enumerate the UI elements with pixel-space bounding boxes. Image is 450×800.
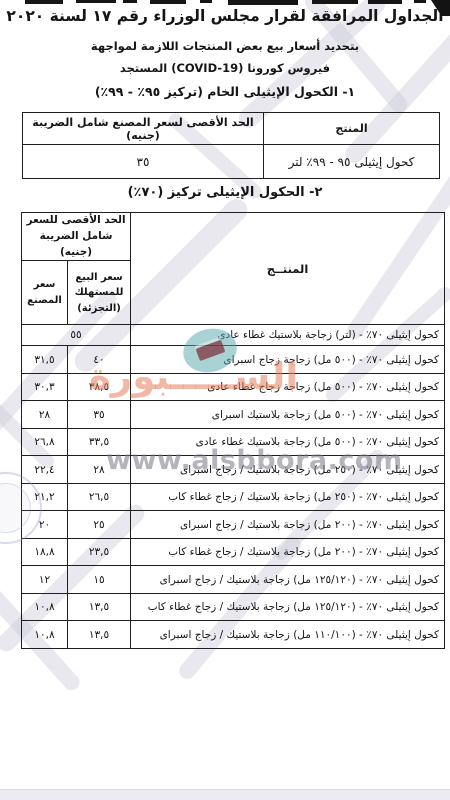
retail-price-header: سعر البيع للمستهلك (التجزئة) — [68, 261, 131, 325]
max-factory-price-header: الحد الأقصى لسعر المصنع شامل الضريبة (جن… — [23, 113, 264, 145]
product-column-header: المنتج — [264, 113, 440, 145]
retail-price-cell: ١٣,٥ — [68, 621, 131, 649]
factory-price-cell: ٢١,٢ — [22, 483, 68, 511]
table-row: كحول إيثيلى ٧٠٪ - (٢٥٠ مل) زجاجة بلاستيك… — [22, 483, 445, 511]
section2-heading: ٢- الحكول الإيثيلى تركيز (٧٠٪) — [0, 185, 450, 200]
section1-heading: ١- الكحول الإيثيلى الخام (تركيز ٩٥٪ - ٩٩… — [0, 84, 450, 99]
factory-price-cell: ٢٢,٤ — [22, 456, 68, 484]
table-row: كحول إيثيلى ٧٠٪ - (١٢٥/١٢٠ مل) زجاجة بلا… — [22, 566, 445, 594]
alcohol70-table-body: كحول إيثيلى ٧٠٪ - (لتر) زجاجة بلاستيك غط… — [22, 325, 445, 649]
product-cell: كحول إيثيلى ٧٠٪ - (٢٥٠ مل) زجاجة بلاستيك… — [131, 483, 445, 511]
product-cell: كحول إيثيلى ٧٠٪ - (٥٠٠ مل) زجاجة بلاستيك… — [131, 401, 445, 429]
factory-price-cell: ١٠,٨ — [22, 621, 68, 649]
document-page: الجداول المرافقة لقرار مجلس الوزراء رقم … — [0, 0, 450, 800]
product-cell: كحول إيثيلى ٧٠٪ - (٢٠٠ مل) زجاجة بلاستيك… — [131, 538, 445, 566]
table-row: كحول إيثيلى ٧٠٪ - (٥٠٠ مل) زجاجة بلاستيك… — [22, 401, 445, 429]
factory-price-cell: ١٢ — [22, 566, 68, 594]
product-cell: كحول إيثيلى ٧٠٪ - (٥٠٠ مل) زجاجة بلاستيك… — [131, 428, 445, 456]
table-row: كحول إيثيلى ٧٠٪ - (٥٠٠ مل) زجاجة زجاج غط… — [22, 373, 445, 401]
product-column-header: المنتــج — [131, 213, 445, 325]
subtitle-line1: بتحديد أسعار بيع بعض المنتجات اللازمة لم… — [0, 39, 450, 53]
retail-price-cell: ٢٥ — [68, 511, 131, 539]
product-cell: كحول إيثيلى ٩٥ - ٩٩٪ لتر — [264, 145, 440, 179]
retail-price-cell: ٤٠ — [68, 346, 131, 374]
product-cell: كحول إيثيلى ٧٠٪ - (٢٥٠ مل) زجاجة بلاستيك… — [131, 456, 445, 484]
table-row: كحول إيثيلى ٧٠٪ - (١١٠/١٠٠ مل) زجاجة بلا… — [22, 621, 445, 649]
table-row: كحول إيثيلى ٧٠٪ - (٢٥٠ مل) زجاجة بلاستيك… — [22, 456, 445, 484]
product-cell: كحول إيثيلى ٧٠٪ - (١٢٥/١٢٠ مل) زجاجة بلا… — [131, 593, 445, 621]
product-cell: كحول إيثيلى ٧٠٪ - (٢٠٠ مل) زجاجة بلاستيك… — [131, 511, 445, 539]
table-row: كحول إيثيلى ٧٠٪ - (٢٠٠ مل) زجاجة بلاستيك… — [22, 538, 445, 566]
factory-price-cell: ٣٠,٣ — [22, 373, 68, 401]
factory-price-cell: ٢٦,٨ — [22, 428, 68, 456]
factory-price-cell: ٢٨ — [22, 401, 68, 429]
scan-artifacts — [0, 0, 450, 22]
product-cell: كحول إيثيلى ٧٠٪ - (لتر) زجاجة بلاستيك غط… — [131, 325, 445, 346]
product-cell: كحول إيثيلى ٧٠٪ - (١١٠/١٠٠ مل) زجاجة بلا… — [131, 621, 445, 649]
table-header-row: المنتــج الحد الأقصى للسعر شامل الضريبة … — [22, 213, 445, 261]
max-price-group-header: الحد الأقصى للسعر شامل الضريبة (جنيه) — [22, 213, 131, 261]
retail-price-cell: ٣٥ — [68, 401, 131, 429]
product-cell: كحول إيثيلى ٧٠٪ - (٥٠٠ مل) زجاجة زجاج غط… — [131, 373, 445, 401]
table-row: كحول إيثيلى ٩٥ - ٩٩٪ لتر ٣٥ — [23, 145, 440, 179]
factory-price-header: سعر المصنع — [22, 261, 68, 325]
retail-price-cell: ٣٣,٥ — [68, 428, 131, 456]
retail-price-cell: ١٥ — [68, 566, 131, 594]
table-header-row: المنتج الحد الأقصى لسعر المصنع شامل الضر… — [23, 113, 440, 145]
factory-price-cell: ٢٠ — [22, 511, 68, 539]
table-row: كحول إيثيلى ٧٠٪ - (٥٠٠ مل) زجاجة زجاج اس… — [22, 346, 445, 374]
subtitle-line2: فيروس كورونا (COVID-19) المستجد — [0, 61, 450, 75]
corner-scan-mark — [431, 0, 450, 16]
table-row: كحول إيثيلى ٧٠٪ - (٥٠٠ مل) زجاجة بلاستيك… — [22, 428, 445, 456]
bottom-bar — [0, 789, 450, 800]
factory-price-cell: ١٠,٨ — [22, 593, 68, 621]
retail-price-cell: ٢٨ — [68, 456, 131, 484]
merged-price-cell: ٥٥ — [22, 325, 131, 346]
retail-price-cell: ٢٣,٥ — [68, 538, 131, 566]
table-row: كحول إيثيلى ٧٠٪ - (٢٠٠ مل) زجاجة بلاستيك… — [22, 511, 445, 539]
table-row: كحول إيثيلى ٧٠٪ - (١٢٥/١٢٠ مل) زجاجة بلا… — [22, 593, 445, 621]
raw-alcohol-price-table: المنتج الحد الأقصى لسعر المصنع شامل الضر… — [22, 112, 440, 179]
retail-price-cell: ٣٨,٥ — [68, 373, 131, 401]
retail-price-cell: ٢٦,٥ — [68, 483, 131, 511]
table-row: كحول إيثيلى ٧٠٪ - (لتر) زجاجة بلاستيك غط… — [22, 325, 445, 346]
factory-price-cell: ٣١,٥ — [22, 346, 68, 374]
alcohol70-price-table: المنتــج الحد الأقصى للسعر شامل الضريبة … — [21, 212, 445, 649]
product-cell: كحول إيثيلى ٧٠٪ - (١٢٥/١٢٠ مل) زجاجة بلا… — [131, 566, 445, 594]
price-cell: ٣٥ — [23, 145, 264, 179]
retail-price-cell: ١٣,٥ — [68, 593, 131, 621]
factory-price-cell: ١٨,٨ — [22, 538, 68, 566]
product-cell: كحول إيثيلى ٧٠٪ - (٥٠٠ مل) زجاجة زجاج اس… — [131, 346, 445, 374]
